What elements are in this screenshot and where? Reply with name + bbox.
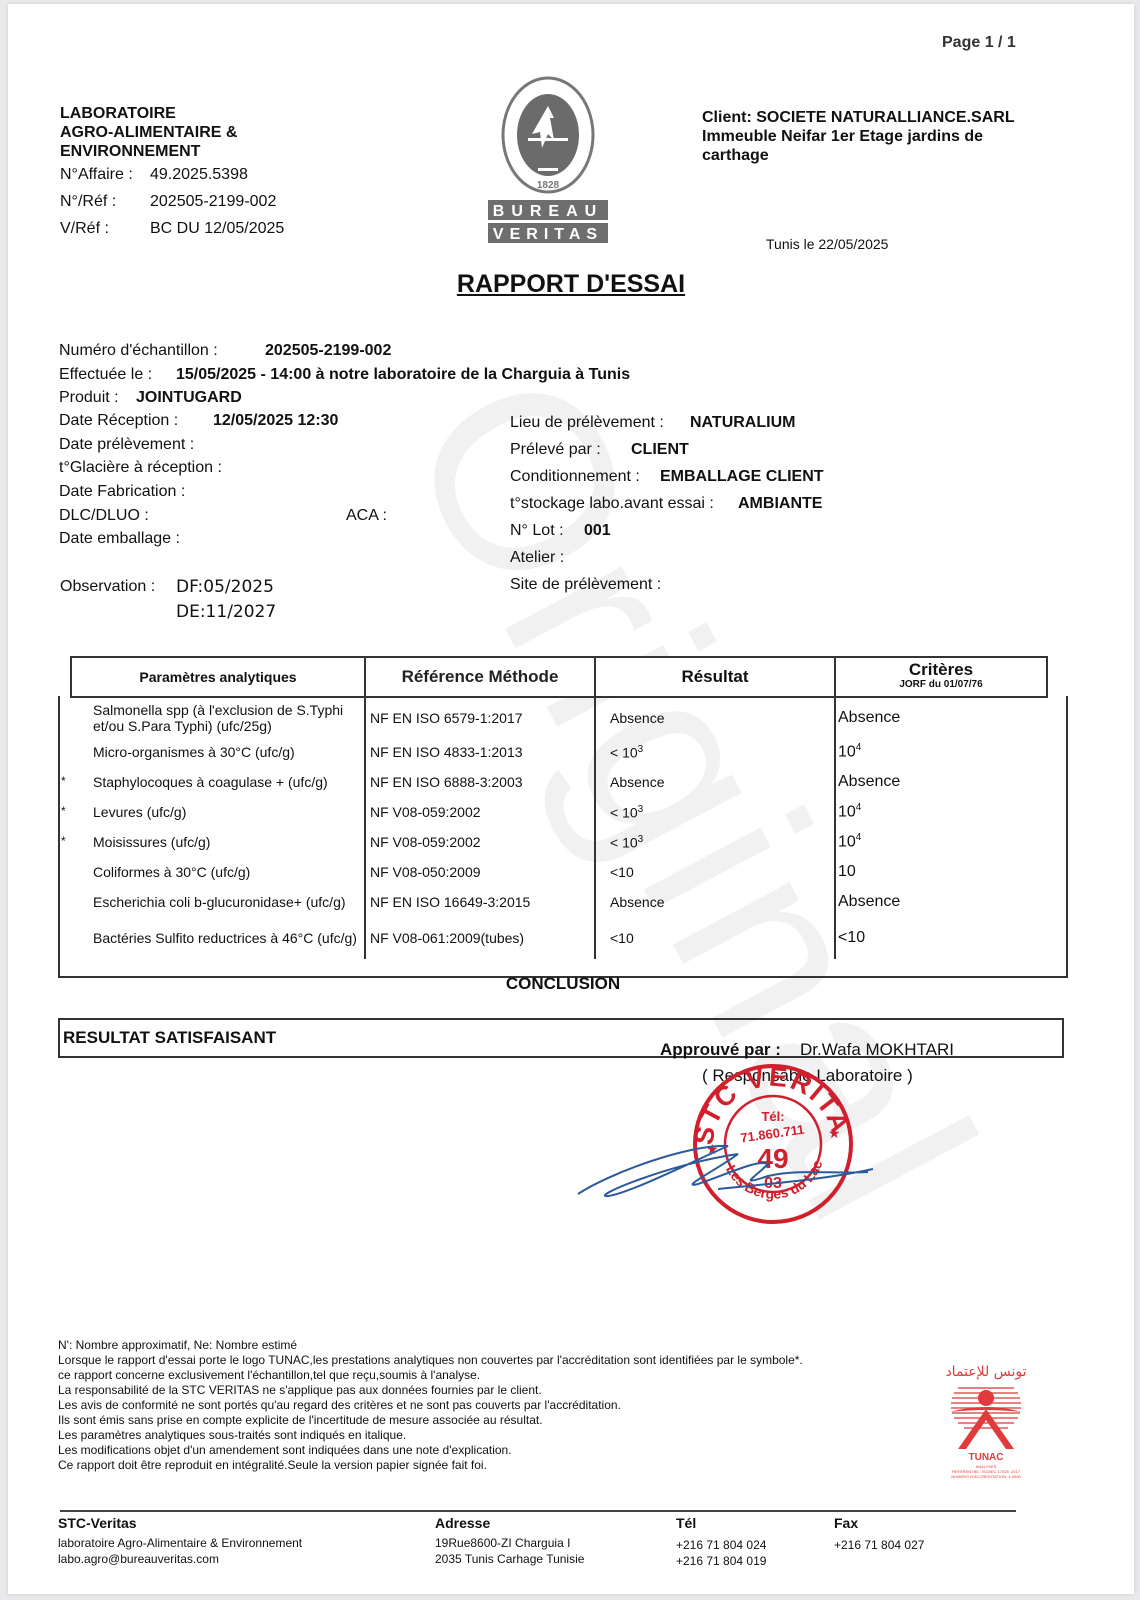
lot-value: 001: [584, 522, 611, 540]
footer-address-line: 19Rue8600-ZI Charguia I: [435, 1536, 570, 1550]
method-cell: NF EN ISO 6888-3:2003: [365, 767, 595, 797]
storage-temp-value: AMBIANTE: [738, 495, 822, 513]
criteria-cell: Absence: [835, 697, 1047, 737]
observation-label: Observation :: [60, 578, 155, 596]
note-line: Les avis de conformité ne sont portés qu…: [58, 1398, 908, 1413]
notes-block: N': Nombre approximatif, Ne: Nombre esti…: [58, 1338, 908, 1473]
signature: [568, 1124, 878, 1214]
header-criteria: Critères JORF du 01/07/76: [835, 657, 1047, 697]
packaging-date-label: Date emballage :: [59, 530, 180, 548]
report-page: Original Page 1 / 1 LABORATOIRE AGRO-ALI…: [8, 4, 1134, 1594]
lab-name-line: LABORATOIRE: [60, 104, 300, 123]
sampling-place-label: Lieu de prélèvement :: [510, 414, 664, 432]
non-accredited-mark: *: [61, 773, 66, 789]
parameter-cell: Micro-organismes à 30°C (ufc/g): [71, 737, 365, 767]
note-line: Les modifications objet d'un amendement …: [58, 1443, 908, 1458]
note-line: Les paramètres analytiques sous-traités …: [58, 1428, 908, 1443]
sampling-date-label: Date prélèvement :: [59, 436, 194, 454]
parameter-cell: Moisissures (ufc/g)*: [71, 827, 365, 857]
result-cell: Absence: [595, 767, 835, 797]
criteria-cell: 104: [835, 827, 1047, 857]
observation-line: DE:11/2027: [176, 602, 276, 622]
parameter-cell: Coliformes à 30°C (ufc/g): [71, 857, 365, 887]
svg-text:1828: 1828: [537, 180, 560, 191]
criteria-cell: 104: [835, 797, 1047, 827]
method-cell: NF EN ISO 16649-3:2015: [365, 887, 595, 917]
tunac-accreditation-icon: تونس للإعتماد TUNAC ANALYSES REFERENTIEL…: [936, 1354, 1036, 1484]
criteria-cell: 10: [835, 857, 1047, 887]
footer-lab-name: laboratoire Agro-Alimentaire & Environne…: [58, 1536, 302, 1550]
note-line: Ce rapport doit être reproduit en intégr…: [58, 1458, 908, 1473]
note-line: Ils sont émis sans prise en compte expli…: [58, 1413, 908, 1428]
method-cell: NF EN ISO 6579-1:2017: [365, 697, 595, 737]
svg-text:VERITAS: VERITAS: [493, 226, 603, 243]
criteria-title: Critères: [836, 662, 1046, 677]
product-value: JOINTUGARD: [136, 389, 242, 407]
sampling-site-label: Site de prélèvement :: [510, 576, 661, 594]
footer-divider: [60, 1510, 1016, 1512]
method-cell: NF EN ISO 4833-1:2013: [365, 737, 595, 767]
method-cell: NF V08-050:2009: [365, 857, 595, 887]
bureau-veritas-seal-icon: 1828 BUREAU VERITAS: [478, 76, 618, 248]
performed-value: 15/05/2025 - 14:00 à notre laboratoire d…: [176, 366, 630, 384]
lab-name-line: AGRO-ALIMENTAIRE &: [60, 123, 300, 142]
table-row: Escherichia coli b-glucuronidase+ (ufc/g…: [71, 887, 1047, 917]
svg-text:Tél:: Tél:: [761, 1109, 784, 1124]
footer-fax-title: Fax: [834, 1515, 858, 1531]
result-cell: < 103: [595, 737, 835, 767]
lab-name: LABORATOIRE AGRO-ALIMENTAIRE & ENVIRONNE…: [60, 104, 300, 161]
criteria-cell: <10: [835, 917, 1047, 959]
affaire-label: N°Affaire :: [60, 166, 133, 184]
lab-name-line: ENVIRONNEMENT: [60, 142, 300, 161]
sample-number-value: 202505-2199-002: [265, 342, 391, 360]
report-title: RAPPORT D'ESSAI: [8, 270, 1134, 299]
header-method: Référence Méthode: [365, 657, 595, 697]
reception-value: 12/05/2025 12:30: [213, 412, 338, 430]
method-cell: NF V08-059:2002: [365, 827, 595, 857]
affaire-value: 49.2025.5398: [150, 166, 248, 184]
place-date: Tunis le 22/05/2025: [766, 236, 888, 252]
results-table: Paramètres analytiques Référence Méthode…: [70, 656, 1048, 959]
footer-tel: +216 71 804 024: [676, 1538, 766, 1552]
storage-temp-label: t°stockage labo.avant essai :: [510, 495, 714, 513]
result-cell: < 103: [595, 827, 835, 857]
result-cell: <10: [595, 917, 835, 959]
client-address: carthage: [702, 146, 1042, 165]
table-row: Coliformes à 30°C (ufc/g)NF V08-050:2009…: [71, 857, 1047, 887]
sampled-by-value: CLIENT: [631, 441, 689, 459]
svg-text:NUMERO D'ACCREDITATION: 1-0006: NUMERO D'ACCREDITATION: 1-0006: [951, 1474, 1021, 1479]
conclusion-title: CONCLUSION: [8, 974, 1118, 994]
non-accredited-mark: *: [61, 803, 66, 819]
table-row: Micro-organismes à 30°C (ufc/g)NF EN ISO…: [71, 737, 1047, 767]
parameter-cell: Staphylocoques à coagulase + (ufc/g)*: [71, 767, 365, 797]
sample-number-label: Numéro d'échantillon :: [59, 342, 218, 360]
dlc-label: DLC/DLUO :: [59, 507, 149, 525]
svg-text:BUREAU: BUREAU: [493, 203, 603, 220]
footer-tel-title: Tél: [676, 1515, 696, 1531]
footer-tel: +216 71 804 019: [676, 1554, 766, 1568]
manufacture-date-label: Date Fabrication :: [59, 483, 185, 501]
note-line: ce rapport concerne exclusivement l'écha…: [58, 1368, 908, 1383]
footer-address-line: 2035 Tunis Carhage Tunisie: [435, 1552, 584, 1566]
criteria-reference: JORF du 01/07/76: [836, 677, 1046, 692]
criteria-cell: Absence: [835, 767, 1047, 797]
note-line: Lorsque le rapport d'essai porte le logo…: [58, 1353, 908, 1368]
nref-value: 202505-2199-002: [150, 193, 276, 211]
packaging-value: EMBALLAGE CLIENT: [660, 468, 824, 486]
parameter-cell: Bactéries Sulfito reductrices à 46°C (uf…: [71, 917, 365, 959]
result-cell: Absence: [595, 887, 835, 917]
nref-label: N°/Réf :: [60, 193, 116, 211]
sampling-place-value: NATURALIUM: [690, 414, 795, 432]
workshop-label: Atelier :: [510, 549, 564, 567]
client-name: Client: SOCIETE NATURALLIANCE.SARL: [702, 108, 1042, 127]
table-row: Bactéries Sulfito reductrices à 46°C (uf…: [71, 917, 1047, 959]
note-line: La responsabilité de la STC VERITAS ne s…: [58, 1383, 908, 1398]
aca-label: ACA :: [346, 507, 387, 525]
packaging-label: Conditionnement :: [510, 468, 640, 486]
non-accredited-mark: *: [61, 833, 66, 849]
svg-text:TUNAC: TUNAC: [969, 1452, 1004, 1463]
cooler-temp-label: t°Glacière à réception :: [59, 459, 222, 477]
criteria-cell: 104: [835, 737, 1047, 767]
footer-company: STC-Veritas: [58, 1515, 137, 1531]
reception-label: Date Réception :: [59, 412, 178, 430]
table-row: Moisissures (ufc/g)*NF V08-059:2002< 103…: [71, 827, 1047, 857]
method-cell: NF V08-059:2002: [365, 797, 595, 827]
signature-icon: [568, 1124, 878, 1214]
performed-label: Effectuée le :: [59, 366, 152, 384]
sampled-by-label: Prélevé par :: [510, 441, 601, 459]
footer-email: labo.agro@bureauveritas.com: [58, 1552, 219, 1566]
tunac-logo: تونس للإعتماد TUNAC ANALYSES REFERENTIEL…: [936, 1354, 1036, 1484]
bureau-veritas-logo: 1828 BUREAU VERITAS: [478, 76, 618, 248]
footer-fax: +216 71 804 027: [834, 1538, 924, 1552]
lot-label: N° Lot :: [510, 522, 564, 540]
table-row: Staphylocoques à coagulase + (ufc/g)*NF …: [71, 767, 1047, 797]
vref-label: V/Réf :: [60, 220, 109, 238]
parameter-cell: Escherichia coli b-glucuronidase+ (ufc/g…: [71, 887, 365, 917]
svg-text:تونس للإعتماد: تونس للإعتماد: [945, 1364, 1026, 1380]
result-cell: <10: [595, 857, 835, 887]
observation-line: DF:05/2025: [176, 577, 274, 597]
parameter-cell: Salmonella spp (à l'exclusion de S.Typhi…: [71, 697, 365, 737]
header-parameters: Paramètres analytiques: [71, 657, 365, 697]
method-cell: NF V08-061:2009(tubes): [365, 917, 595, 959]
vref-value: BC DU 12/05/2025: [150, 220, 284, 238]
result-cell: < 103: [595, 797, 835, 827]
footer-address-title: Adresse: [435, 1515, 490, 1531]
client-block: Client: SOCIETE NATURALLIANCE.SARL Immeu…: [702, 108, 1042, 165]
client-address: Immeuble Neifar 1er Etage jardins de: [702, 127, 1042, 146]
table-row: Salmonella spp (à l'exclusion de S.Typhi…: [71, 697, 1047, 737]
header-result: Résultat: [595, 657, 835, 697]
conclusion-value: RESULTAT SATISFAISANT: [63, 1028, 276, 1048]
note-line: N': Nombre approximatif, Ne: Nombre esti…: [58, 1338, 908, 1353]
product-label: Produit :: [59, 389, 119, 407]
result-cell: Absence: [595, 697, 835, 737]
criteria-cell: Absence: [835, 887, 1047, 917]
page-indicator: Page 1 / 1: [942, 34, 1016, 52]
table-row: Levures (ufc/g)*NF V08-059:2002< 103104: [71, 797, 1047, 827]
parameter-cell: Levures (ufc/g)*: [71, 797, 365, 827]
